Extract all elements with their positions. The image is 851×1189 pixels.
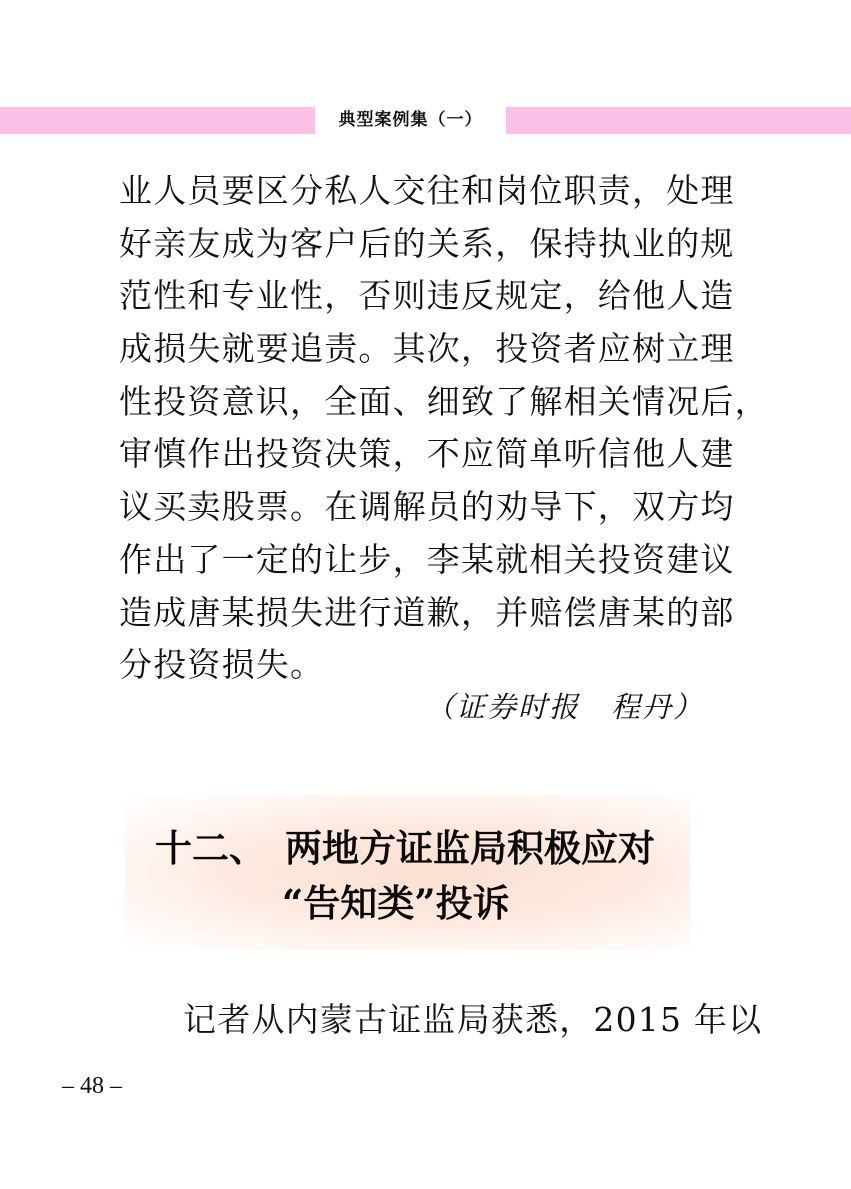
text-line: 好亲友成为客户后的关系，保持执业的规 [119,218,719,271]
text-line: 性投资意识，全面、细致了解相关情况后， [119,376,719,429]
lead-paragraph: 记者从内蒙古证监局获悉，2015 年以 [183,994,762,1046]
body-paragraph: 业人员要区分私人交往和岗位职责，处理 好亲友成为客户后的关系，保持执业的规 范性… [119,165,719,692]
header-band-left [0,107,315,134]
running-header: 典型案例集（一） [0,107,851,134]
running-title: 典型案例集（一） [315,107,506,134]
text-line: 造成唐某损失进行道歉，并赔偿唐某的部 [119,587,719,640]
text-line: 审慎作出投资决策，不应简单听信他人建 [119,428,719,481]
section-title-text: 两地方证监局积极应对 [285,818,655,878]
section-number: 十二、 [155,818,266,878]
page-number: – 48 – [62,1068,122,1104]
text-line: 业人员要区分私人交往和岗位职责，处理 [119,165,719,218]
header-band-right [506,107,851,134]
text-line: 议买卖股票。在调解员的劝导下，双方均 [119,481,719,534]
text-line: 作出了一定的让步，李某就相关投资建议 [119,534,719,587]
source-attribution: （证券时报 程丹） [425,685,704,729]
text-line: 成损失就要追责。其次，投资者应树立理 [119,323,719,376]
text-line: 范性和专业性，否则违反规定，给他人造 [119,270,719,323]
section-heading-line-2: “告知类”投诉 [0,874,851,932]
text-line: 分投资损失。 [119,639,719,692]
section-heading-line-1: 十二、 两地方证监局积极应对 [0,818,851,878]
section-title-text-2: “告知类”投诉 [282,874,510,932]
